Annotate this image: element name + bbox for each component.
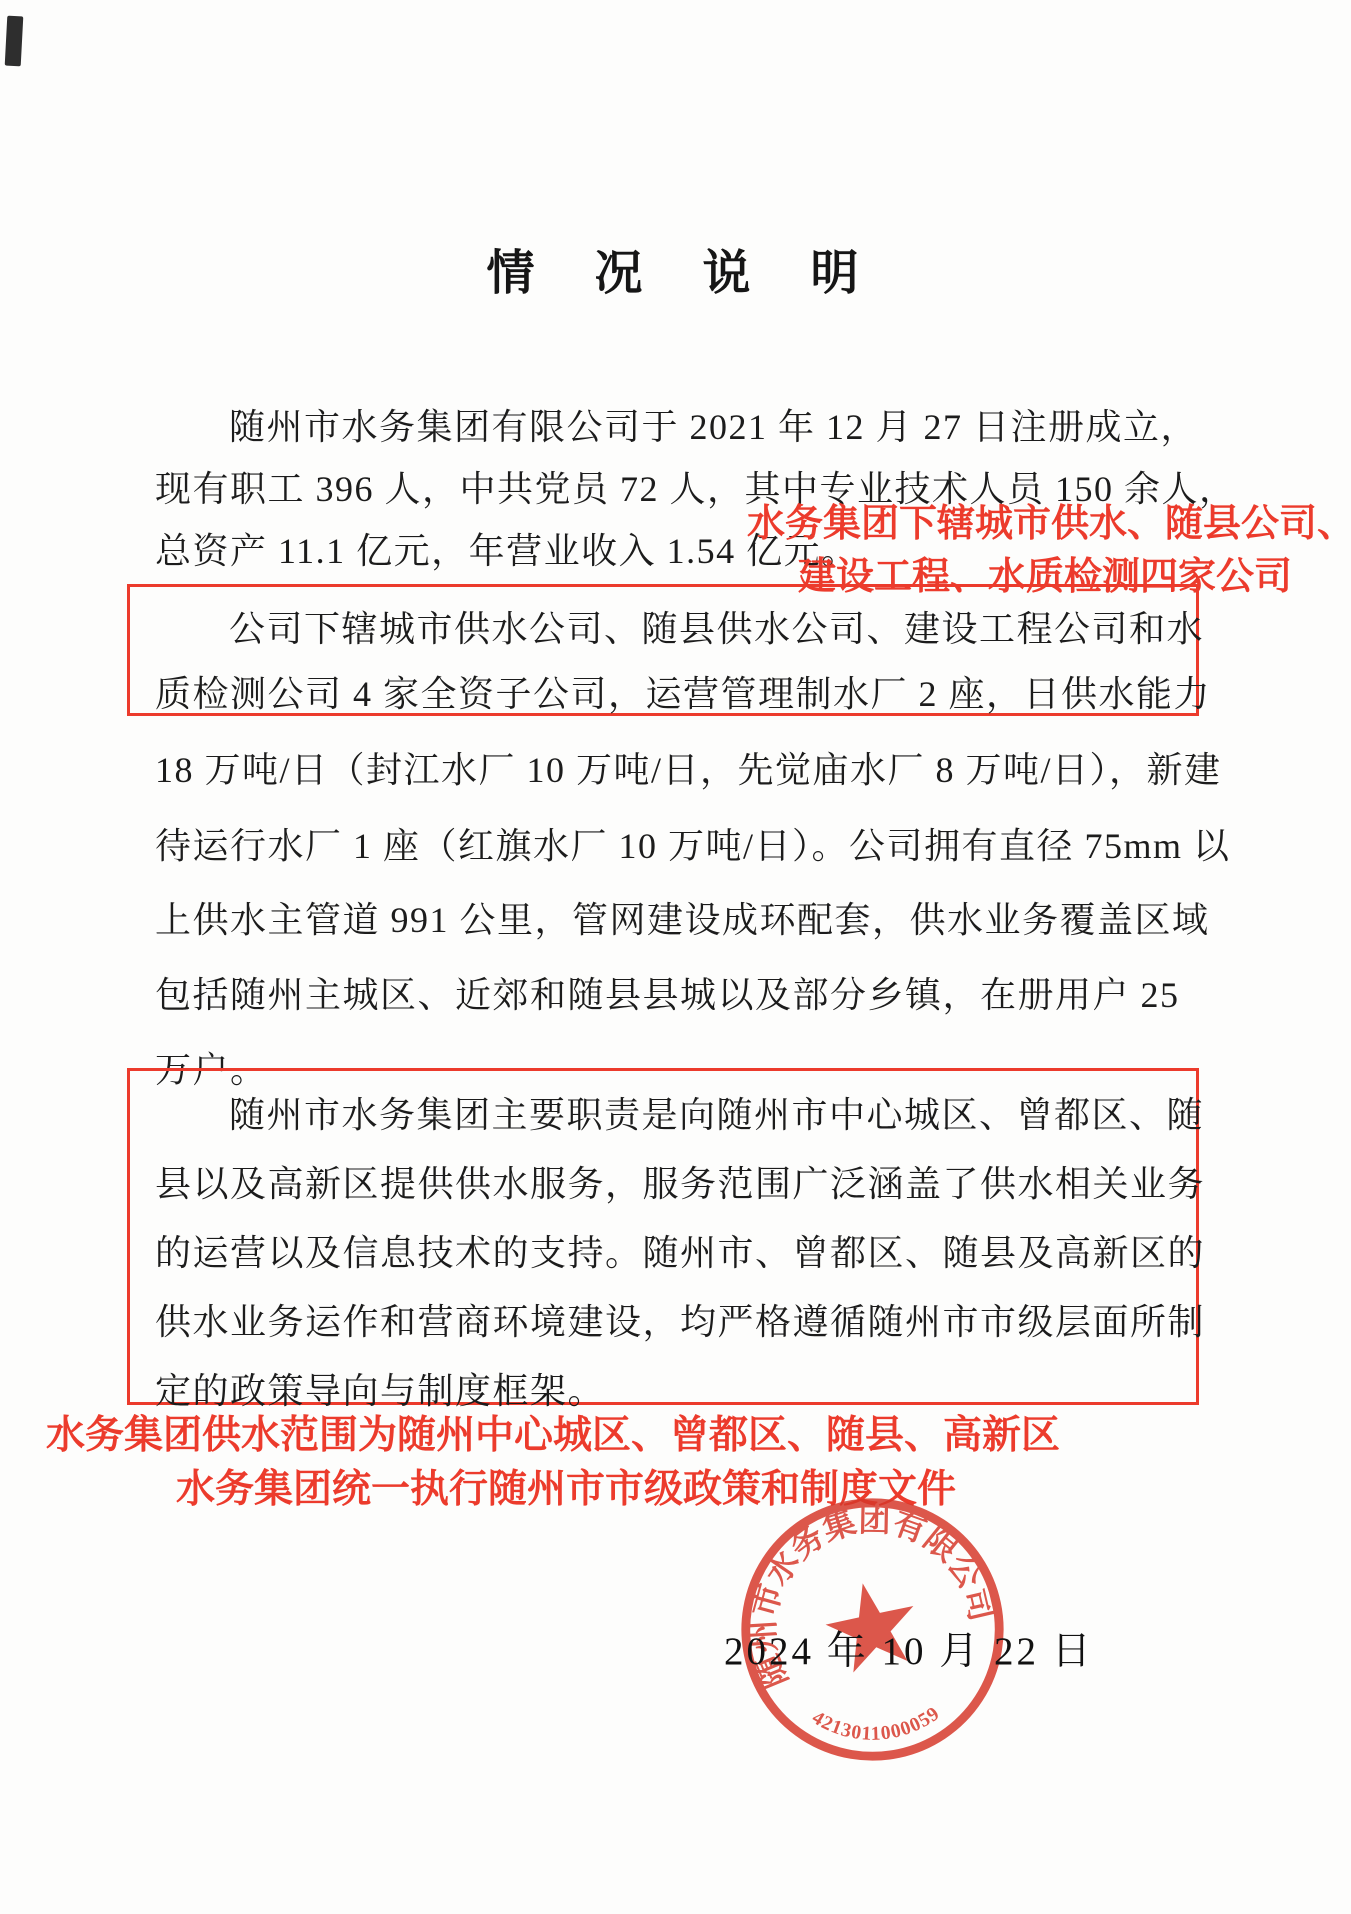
annotation-top-line-1: 水务集团下辖城市供水、随县公司、 — [747, 492, 1351, 547]
annotation-bottom-line-1: 水务集团供水范围为随州中心城区、曾都区、随县、高新区 — [46, 1404, 1060, 1460]
red-box-2: 随州市水务集团主要职责是向随州市中心城区、曾都区、随 县以及高新区提供供水服务，… — [127, 1068, 1199, 1405]
body-line: 待运行水厂 1 座（红旗水厂 10 万吨/日）。公司拥有直径 75mm 以 — [155, 818, 1213, 869]
body-line: 公司下辖城市供水公司、随县供水公司、建设工程公司和水 — [155, 601, 1175, 652]
body-line: 随州市水务集团有限公司于 2021 年 12 月 27 日注册成立， — [155, 399, 1213, 450]
red-box-1: 公司下辖城市供水公司、随县供水公司、建设工程公司和水 质检测公司 4 家全资子公… — [127, 584, 1199, 716]
body-line: 供水业务运作和营商环境建设，均严格遵循随州市市级层面所制 — [155, 1294, 1175, 1345]
body-line: 包括随州主城区、近郊和随县县城以及部分乡镇，在册用户 25 — [155, 967, 1213, 1018]
body-line: 18 万吨/日（封江水厂 10 万吨/日，先觉庙水厂 8 万吨/日），新建 — [155, 742, 1213, 793]
body-line: 的运营以及信息技术的支持。随州市、曾都区、随县及高新区的 — [155, 1225, 1175, 1276]
scan-artifact — [5, 16, 24, 67]
body-line: 县以及高新区提供供水服务，服务范围广泛涵盖了供水相关业务 — [155, 1156, 1175, 1207]
body-line: 质检测公司 4 家全资子公司，运营管理制水厂 2 座，日供水能力 — [155, 666, 1175, 717]
body-line: 上供水主管道 991 公里，管网建设成环配套，供水业务覆盖区域 — [155, 892, 1213, 943]
body-line: 随州市水务集团主要职责是向随州市中心城区、曾都区、随 — [155, 1087, 1175, 1138]
document-page: 情 况 说 明 随州市水务集团有限公司于 2021 年 12 月 27 日注册成… — [0, 0, 1351, 1914]
page-title: 情 况 说 明 — [0, 234, 1351, 303]
date-text: 2024 年 10 月 22 日 — [724, 1620, 1094, 1676]
